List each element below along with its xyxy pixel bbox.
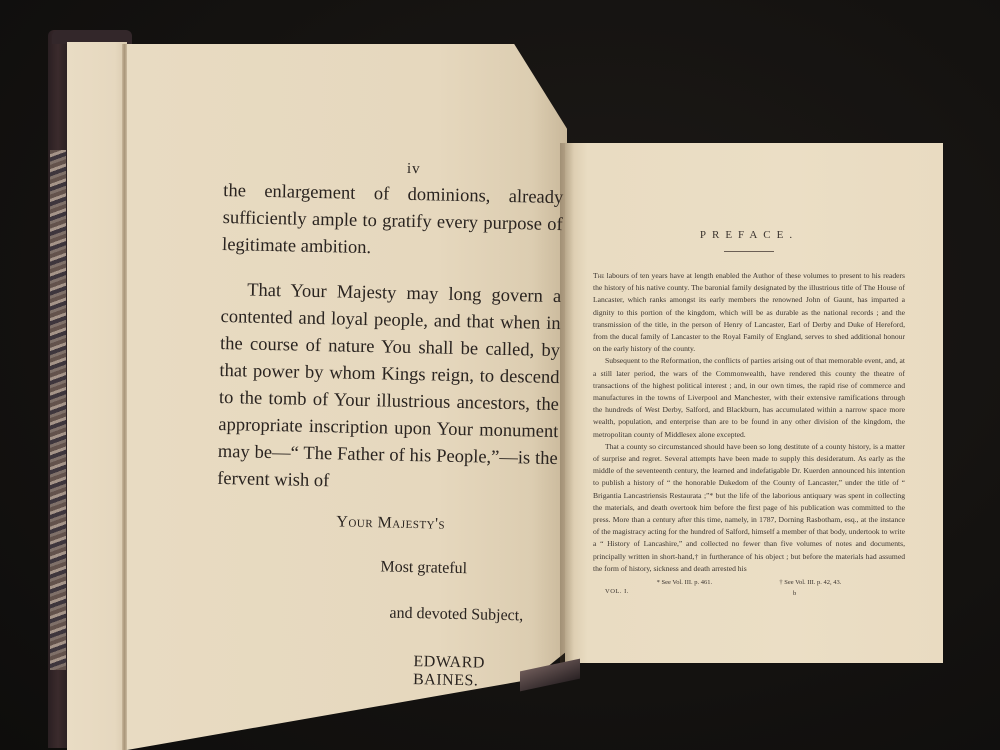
preface-paragraph-1-text: labours of ten years have at length enab…	[593, 271, 905, 353]
page-signature-row: VOL. I. b	[593, 586, 905, 600]
closing-line-subject: and devoted Subject,	[389, 605, 523, 626]
footnote-1: * See Vol. III. p. 461.	[657, 579, 713, 586]
left-page: iv the enlargement of dominions, already…	[127, 44, 567, 750]
footnote-2: † See Vol. III. p. 42, 43.	[779, 579, 841, 586]
dedication-closing: Your Majesty's Most grateful and devoted…	[212, 511, 557, 748]
closing-line-majesty: Your Majesty's	[336, 513, 445, 533]
signature-mark: b	[793, 590, 796, 597]
right-page-content: PREFACE. The labours of ten years have a…	[593, 229, 905, 600]
gutter-shadow	[560, 143, 574, 663]
preface-paragraph-3: That a county so circumstanced should ha…	[593, 441, 905, 575]
footnotes: * See Vol. III. p. 461. † See Vol. III. …	[593, 579, 905, 586]
left-page-content: iv the enlargement of dominions, already…	[212, 157, 564, 748]
preface-paragraph-2: Subsequent to the Reformation, the confl…	[593, 355, 905, 440]
dedication-paragraph-2: That Your Majesty may long govern a cont…	[217, 277, 561, 500]
dedication-paragraph-1: the enlargement of dominions, already su…	[222, 178, 564, 266]
preface-title: PREFACE.	[593, 229, 905, 241]
drop-lead-word: The	[593, 271, 604, 280]
title-rule	[724, 251, 774, 252]
preface-paragraph-1: The labours of ten years have at length …	[593, 270, 905, 355]
page-number: iv	[224, 157, 564, 181]
closing-line-grateful: Most grateful	[380, 558, 467, 578]
flyleaf-edge	[122, 44, 127, 750]
right-page: PREFACE. The labours of ten years have a…	[565, 143, 943, 663]
volume-label: VOL. I.	[605, 588, 629, 595]
book-photo: iv the enlargement of dominions, already…	[0, 0, 1000, 750]
marbled-cover-edge	[50, 150, 66, 670]
flyleaf	[67, 42, 127, 750]
